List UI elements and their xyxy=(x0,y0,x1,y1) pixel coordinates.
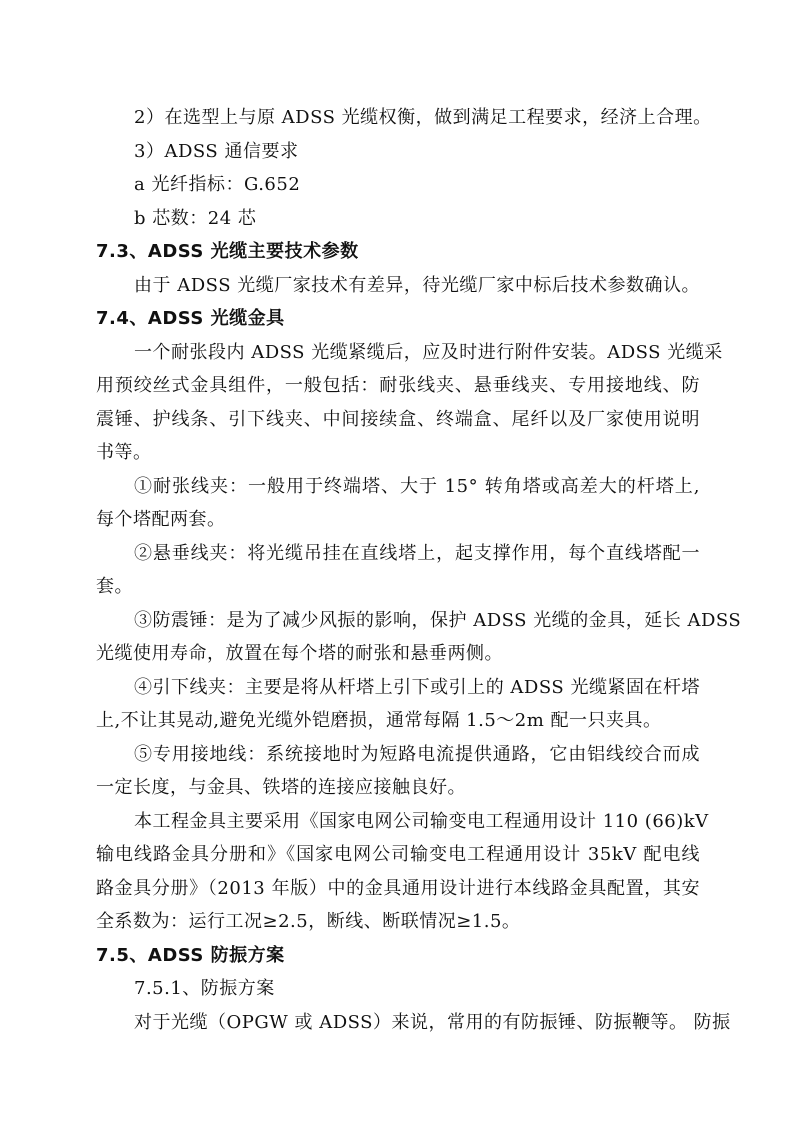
section-heading: 7.4、ADSS 光缆金具 xyxy=(96,308,700,330)
text-line: 震锤、护线条、引下线夹、中间接续盒、终端盒、尾纤以及厂家使用说明 xyxy=(96,409,700,431)
section-heading: 7.3、ADSS 光缆主要技术参数 xyxy=(96,241,700,263)
text-line: 7.5.1、防振方案 xyxy=(134,978,700,1000)
text-line: ①耐张线夹：一般用于终端塔、大于 15° 转角塔或高差大的杆塔上, xyxy=(134,476,700,498)
text-line: 光缆使用寿命，放置在每个塔的耐张和悬垂两侧。 xyxy=(96,643,700,665)
text-line: 一个耐张段内 ADSS 光缆紧缆后，应及时进行附件安装。ADSS 光缆采 xyxy=(134,342,700,364)
text-line: 2）在选型上与原 ADSS 光缆权衡，做到满足工程要求，经济上合理。 xyxy=(134,107,700,129)
text-line: 一定长度，与金具、铁塔的连接应接触良好。 xyxy=(96,777,700,799)
text-line: ④引下线夹：主要是将从杆塔上引下或引上的 ADSS 光缆紧固在杆塔 xyxy=(134,677,700,699)
text-line: 上,不让其晃动,避免光缆外铠磨损，通常每隔 1.5～2m 配一只夹具。 xyxy=(96,710,700,732)
text-line: 本工程金具主要采用《国家电网公司输变电工程通用设计 110 (66)kV xyxy=(134,811,700,833)
text-line: 输电线路金具分册和》《国家电网公司输变电工程通用设计 35kV 配电线 xyxy=(96,844,700,866)
text-line: 书等。 xyxy=(96,442,700,464)
text-line: 用预绞丝式金具组件，一般包括：耐张线夹、悬垂线夹、专用接地线、防 xyxy=(96,375,700,397)
text-line: b 芯数：24 芯 xyxy=(134,208,700,230)
text-line: ⑤专用接地线：系统接地时为短路电流提供通路，它由铝线绞合而成 xyxy=(134,744,700,766)
text-line: ③防震锤：是为了减少风振的影响，保护 ADSS 光缆的金具，延长 ADSS xyxy=(134,610,700,632)
text-line: a 光纤指标：G.652 xyxy=(134,174,700,196)
text-line: ②悬垂线夹：将光缆吊挂在直线塔上，起支撑作用，每个直线塔配一 xyxy=(134,543,700,565)
section-heading: 7.5、ADSS 防振方案 xyxy=(96,945,700,967)
text-line: 路金具分册》（2013 年版）中的金具通用设计进行本线路金具配置，其安 xyxy=(96,878,700,900)
text-line: 全系数为：运行工况≥2.5，断线、断联情况≥1.5。 xyxy=(96,911,700,933)
text-line: 每个塔配两套。 xyxy=(96,509,700,531)
text-line: 由于 ADSS 光缆厂家技术有差异，待光缆厂家中标后技术参数确认。 xyxy=(134,275,700,297)
document-page: 2）在选型上与原 ADSS 光缆权衡，做到满足工程要求，经济上合理。3）ADSS… xyxy=(0,0,793,1122)
text-line: 套。 xyxy=(96,576,700,598)
text-line: 3）ADSS 通信要求 xyxy=(134,141,700,163)
text-line: 对于光缆（OPGW 或 ADSS）来说，常用的有防振锤、防振鞭等。 防振 xyxy=(134,1012,700,1034)
